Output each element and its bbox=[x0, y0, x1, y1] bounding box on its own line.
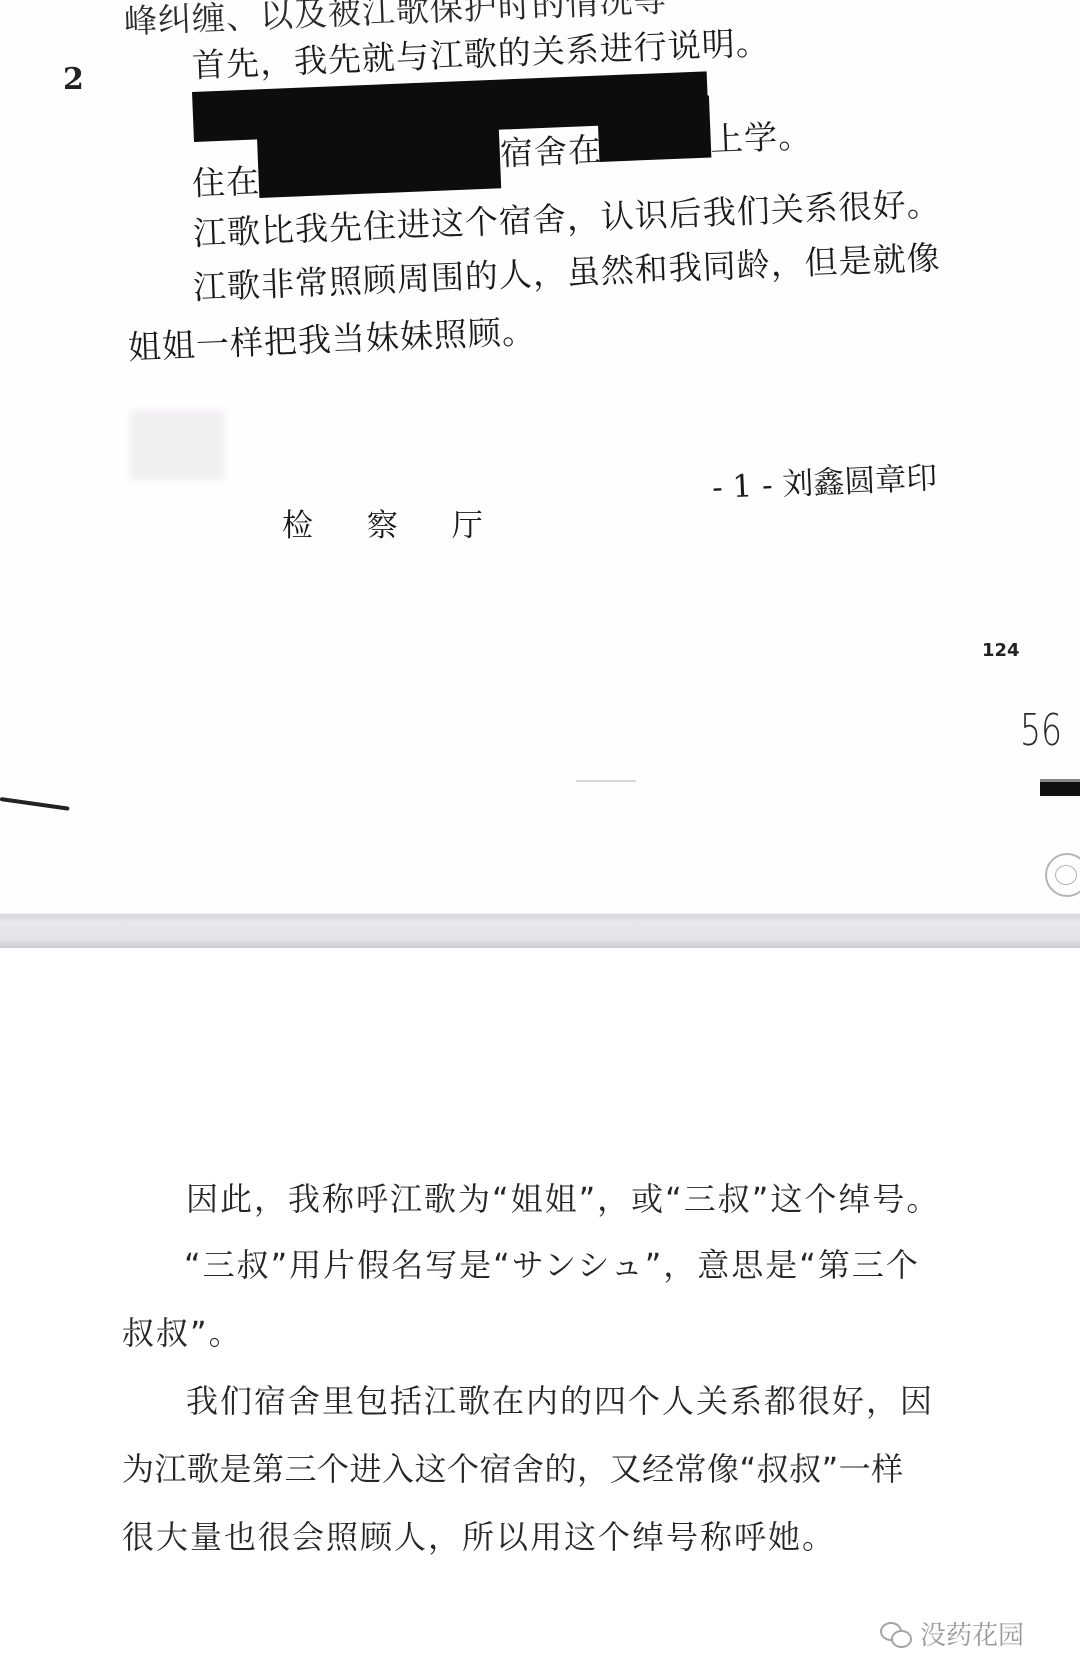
watermark-label: 没药花园 bbox=[920, 1615, 1024, 1652]
scan-artifact-stroke bbox=[0, 797, 70, 811]
scanned-page-top: 2 峰纠缠、以及被江歌保护时的情况等 首先，我先就与江歌的关系进行说明。 宿舍在… bbox=[0, 0, 1080, 918]
redacted-school-block bbox=[597, 96, 711, 162]
page-count: 124 bbox=[982, 640, 1020, 661]
paragraph-line: 因此，我称呼江歌为“姐姐”，或“三叔”这个绰号。 bbox=[186, 1174, 940, 1220]
page-number-seal: - 1 - 刘鑫圆章印 bbox=[711, 452, 938, 507]
text-fragment-dorm: 宿舍在 bbox=[499, 124, 603, 175]
paragraph-line: 为江歌是第三个进入这个宿舍的，又经常像“叔叔”一样 bbox=[122, 1444, 904, 1490]
text-fragment-school: 上学。 bbox=[709, 110, 813, 161]
scanned-page-bottom: 因此，我称呼江歌为“姐姐”，或“三叔”这个绰号。 “三叔”用片假名写是“サンシュ… bbox=[0, 948, 1080, 1679]
circular-seal-icon bbox=[1045, 853, 1080, 897]
text-line: 姐姐一样把我当妹妹照顾。 bbox=[127, 306, 537, 369]
watermark: 没药花园 bbox=[880, 1615, 1024, 1652]
margin-number: 2 bbox=[63, 62, 84, 97]
redacted-dorm-location bbox=[257, 128, 501, 198]
faded-stamp-mark bbox=[130, 410, 225, 480]
paragraph-line: 我们宿舍里包括江歌在内的四个人关系都很好，因 bbox=[186, 1376, 934, 1422]
paragraph-line: 很大量也很会照顾人，所以用这个绰号称呼她。 bbox=[122, 1512, 836, 1558]
text-fragment-live: 住在 bbox=[191, 155, 261, 205]
wechat-icon bbox=[880, 1620, 912, 1648]
office-name: 检 察 厅 bbox=[282, 500, 505, 545]
image-divider bbox=[0, 913, 1080, 949]
scan-artifact-faint bbox=[576, 780, 636, 782]
handwritten-number: 56 bbox=[1020, 705, 1062, 756]
paragraph-line: 叔叔”。 bbox=[122, 1308, 243, 1354]
paragraph-line: “三叔”用片假名写是“サンシュ”，意思是“第三个 bbox=[184, 1240, 920, 1286]
scan-edge-bar bbox=[1040, 779, 1080, 796]
